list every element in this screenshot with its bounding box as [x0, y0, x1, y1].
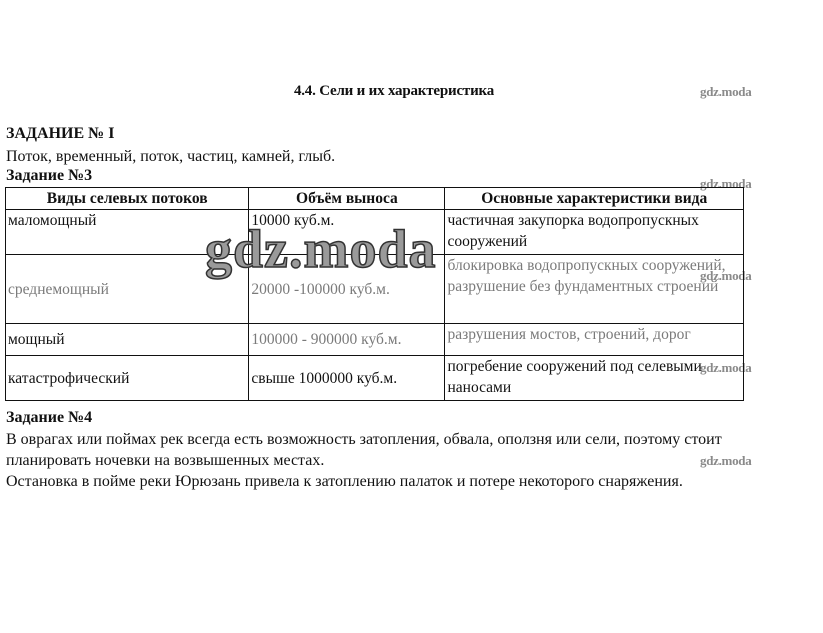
table-cell: катастрофический	[6, 356, 249, 401]
table-row: мощный 100000 - 900000 куб.м. разрушения…	[6, 324, 744, 356]
table-row: катастрофический свыше 1000000 куб.м. по…	[6, 356, 744, 401]
table-cell: мощный	[6, 324, 249, 356]
table-cell: блокировка водопропускных сооружений, ра…	[445, 255, 744, 324]
task4-heading: Задание №4	[6, 409, 92, 427]
table-header-row: Виды селевых потоков Объём выноса Основн…	[6, 188, 744, 210]
watermark: gdz.moda	[700, 84, 751, 100]
task4-paragraph: В оврагах или поймах рек всегда есть воз…	[6, 429, 796, 471]
column-header: Объём выноса	[249, 188, 445, 210]
table-cell: частичная закупорка водопропускных соору…	[445, 210, 744, 255]
column-header: Основные характеристики вида	[445, 188, 744, 210]
task4-paragraph: Остановка в пойме реки Юрюзань привела к…	[6, 471, 806, 492]
page-title: 4.4. Сели и их характеристика	[0, 83, 788, 100]
column-header: Виды селевых потоков	[6, 188, 249, 210]
table-cell: погребение сооружений под селевыми нанос…	[445, 356, 744, 401]
task3-heading: Задание №3	[6, 167, 92, 185]
watermark-large: gdz.moda	[205, 222, 437, 276]
table-cell: свыше 1000000 куб.м.	[249, 356, 445, 401]
task1-heading: ЗАДАНИЕ № I	[6, 125, 114, 143]
table-cell: 100000 - 900000 куб.м.	[249, 324, 445, 356]
task1-answer: Поток, временный, поток, частиц, камней,…	[6, 146, 335, 167]
table-cell: разрушения мостов, строений, дорог	[445, 324, 744, 356]
